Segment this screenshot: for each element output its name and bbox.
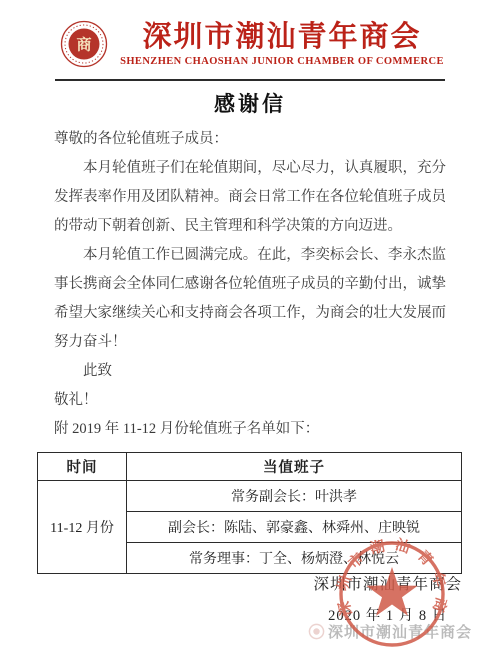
attachment-note: 附 2019 年 11-12 月份轮值班子名单如下：: [54, 415, 446, 444]
duty-roster-table: 时间 当值班子 11-12 月份 常务副会长：叶洪孝 副会长：陈陆、郭豪鑫、林舜…: [37, 452, 462, 574]
signature-org: 深圳市潮汕青年商会: [313, 572, 462, 594]
period-cell: 11-12 月份: [38, 481, 127, 574]
chamber-emblem-logo: 商: [60, 20, 108, 68]
roster-cell-vice-president: 常务副会长：叶洪孝: [127, 481, 462, 512]
salutation: 尊敬的各位轮值班子成员：: [54, 125, 446, 154]
signature-block: 深圳市潮汕青年商会 2020 年 1 月 8 日: [313, 572, 462, 625]
letter-page: 商 深圳市潮汕青年商会 SHENZHEN CHAOSHAN JUNIOR CHA…: [0, 0, 500, 648]
paragraph-1: 本月轮值班子们在轮值期间，尽心尽力，认真履职，充分发挥表率作用及团队精神。商会日…: [54, 154, 446, 241]
closing-cizhi: 此致: [54, 357, 446, 386]
header-divider: [55, 79, 445, 81]
svg-text:商: 商: [76, 36, 91, 54]
paragraph-2: 本月轮值工作已圆满完成。在此，李奕标会长、李永杰监事长携商会全体同仁感谢各位轮值…: [54, 241, 446, 357]
letterhead: 商 深圳市潮汕青年商会 SHENZHEN CHAOSHAN JUNIOR CHA…: [60, 20, 450, 68]
org-name-english: SHENZHEN CHAOSHAN JUNIOR CHAMBER OF COMM…: [114, 55, 450, 68]
roster-cell-executive-directors: 常务理事：丁全、杨炳澄、林悦云: [127, 543, 462, 574]
footer-logo-icon: [308, 623, 325, 640]
letter-body: 尊敬的各位轮值班子成员： 本月轮值班子们在轮值期间，尽心尽力，认真履职，充分发挥…: [54, 125, 446, 444]
document-title: 感谢信: [0, 88, 500, 118]
org-names: 深圳市潮汕青年商会 SHENZHEN CHAOSHAN JUNIOR CHAMB…: [114, 21, 450, 68]
org-name-chinese: 深圳市潮汕青年商会: [114, 21, 450, 53]
closing-jingli: 敬礼！: [54, 386, 446, 415]
signature-date: 2020 年 1 月 8 日: [313, 604, 462, 625]
table-row: 11-12 月份 常务副会长：叶洪孝: [38, 481, 462, 512]
header-cell-team: 当值班子: [127, 453, 462, 481]
roster-cell-deputy-presidents: 副会长：陈陆、郭豪鑫、林舜州、庄映锐: [127, 512, 462, 543]
table-header-row: 时间 当值班子: [38, 453, 462, 481]
header-cell-time: 时间: [38, 453, 127, 481]
